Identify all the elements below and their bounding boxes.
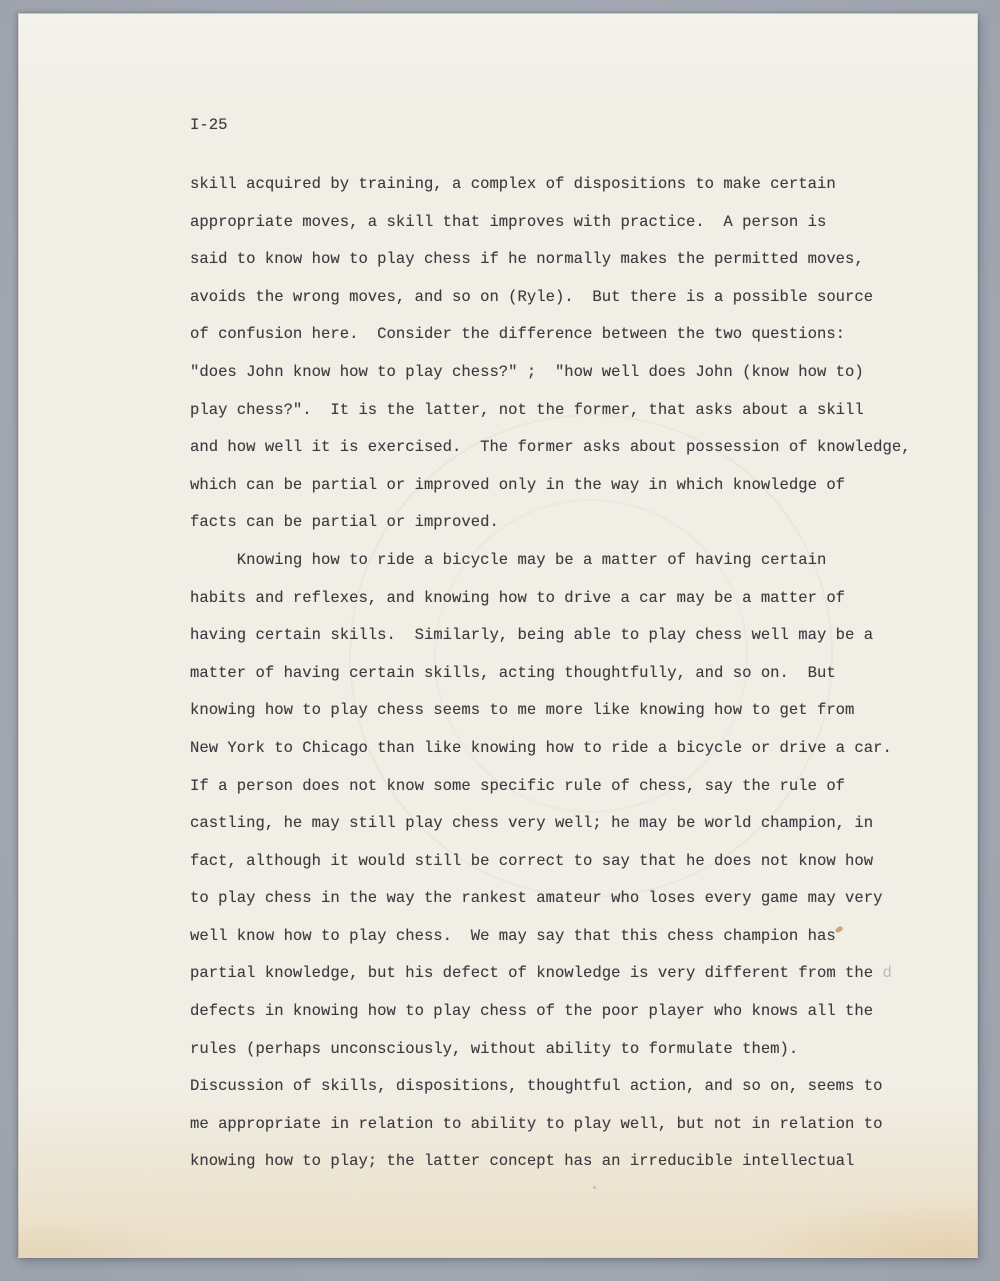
line-text: defects in knowing how to play chess of … [190,1002,873,1020]
line-text: New York to Chicago than like knowing ho… [190,739,892,757]
line-text: habits and reflexes, and knowing how to … [190,589,845,607]
scanned-page-background: { "page": { "number_label": "I-25" }, "d… [0,0,1000,1281]
typed-line: defects in knowing how to play chess of … [190,993,950,1031]
line-text: and how well it is exercised. The former… [190,438,911,456]
line-text: partial knowledge, but his defect of kno… [190,964,873,982]
line-text: castling, he may still play chess very w… [190,814,873,832]
line-text: facts can be partial or improved. [190,513,499,531]
typed-line: rules (perhaps unconsciously, without ab… [190,1031,950,1069]
typed-line: appropriate moves, a skill that improves… [190,204,950,242]
typed-line: Knowing how to ride a bicycle may be a m… [190,542,950,580]
page-number: I-25 [190,116,227,135]
typed-line: matter of having certain skills, acting … [190,655,950,693]
typed-line: having certain skills. Similarly, being … [190,617,950,655]
typed-line: fact, although it would still be correct… [190,843,950,881]
typed-line: to play chess in the way the rankest ama… [190,880,950,918]
line-text: having certain skills. Similarly, being … [190,626,873,644]
typed-line: If a person does not know some specific … [190,768,950,806]
typed-line: New York to Chicago than like knowing ho… [190,730,950,768]
typed-line: partial knowledge, but his defect of kno… [190,955,950,993]
typed-text-block: skill acquired by training, a complex of… [190,166,950,1181]
line-text: to play chess in the way the rankest ama… [190,889,882,907]
typed-line: well know how to play chess. We may say … [190,918,950,956]
typed-line: play chess?". It is the latter, not the … [190,392,950,430]
typed-line: which can be partial or improved only in… [190,467,950,505]
typed-line: and how well it is exercised. The former… [190,429,950,467]
typed-line: Discussion of skills, dispositions, thou… [190,1068,950,1106]
line-text: Knowing how to ride a bicycle may be a m… [190,551,826,569]
paper-sheet: I-25 skill acquired by training, a compl… [18,13,978,1258]
line-text: rules (perhaps unconsciously, without ab… [190,1040,798,1058]
ghost-character: d [873,964,892,982]
typed-line: castling, he may still play chess very w… [190,805,950,843]
line-text: knowing how to play chess seems to me mo… [190,701,854,719]
line-text: play chess?". It is the latter, not the … [190,401,864,419]
paper-speck [593,1186,596,1189]
line-text: appropriate moves, a skill that improves… [190,213,826,231]
line-text: me appropriate in relation to ability to… [190,1115,882,1133]
line-text: skill acquired by training, a complex of… [190,175,836,193]
typed-line: avoids the wrong moves, and so on (Ryle)… [190,279,950,317]
line-text: said to know how to play chess if he nor… [190,250,864,268]
typed-line: me appropriate in relation to ability to… [190,1106,950,1144]
typed-line: of confusion here. Consider the differen… [190,316,950,354]
line-text: matter of having certain skills, acting … [190,664,836,682]
line-text: well know how to play chess. We may say … [190,927,836,945]
line-text: knowing how to play; the latter concept … [190,1152,854,1170]
line-text: Discussion of skills, dispositions, thou… [190,1077,882,1095]
typed-line: "does John know how to play chess?" ; "h… [190,354,950,392]
typed-line: knowing how to play; the latter concept … [190,1143,950,1181]
typed-line: said to know how to play chess if he nor… [190,241,950,279]
typed-line: habits and reflexes, and knowing how to … [190,580,950,618]
line-text: avoids the wrong moves, and so on (Ryle)… [190,288,873,306]
line-text: fact, although it would still be correct… [190,852,873,870]
typed-line: skill acquired by training, a complex of… [190,166,950,204]
typed-line: knowing how to play chess seems to me mo… [190,692,950,730]
line-text: of confusion here. Consider the differen… [190,325,845,343]
typed-line: facts can be partial or improved. [190,504,950,542]
line-text: If a person does not know some specific … [190,777,845,795]
line-text: which can be partial or improved only in… [190,476,845,494]
line-text: "does John know how to play chess?" ; "h… [190,363,864,381]
